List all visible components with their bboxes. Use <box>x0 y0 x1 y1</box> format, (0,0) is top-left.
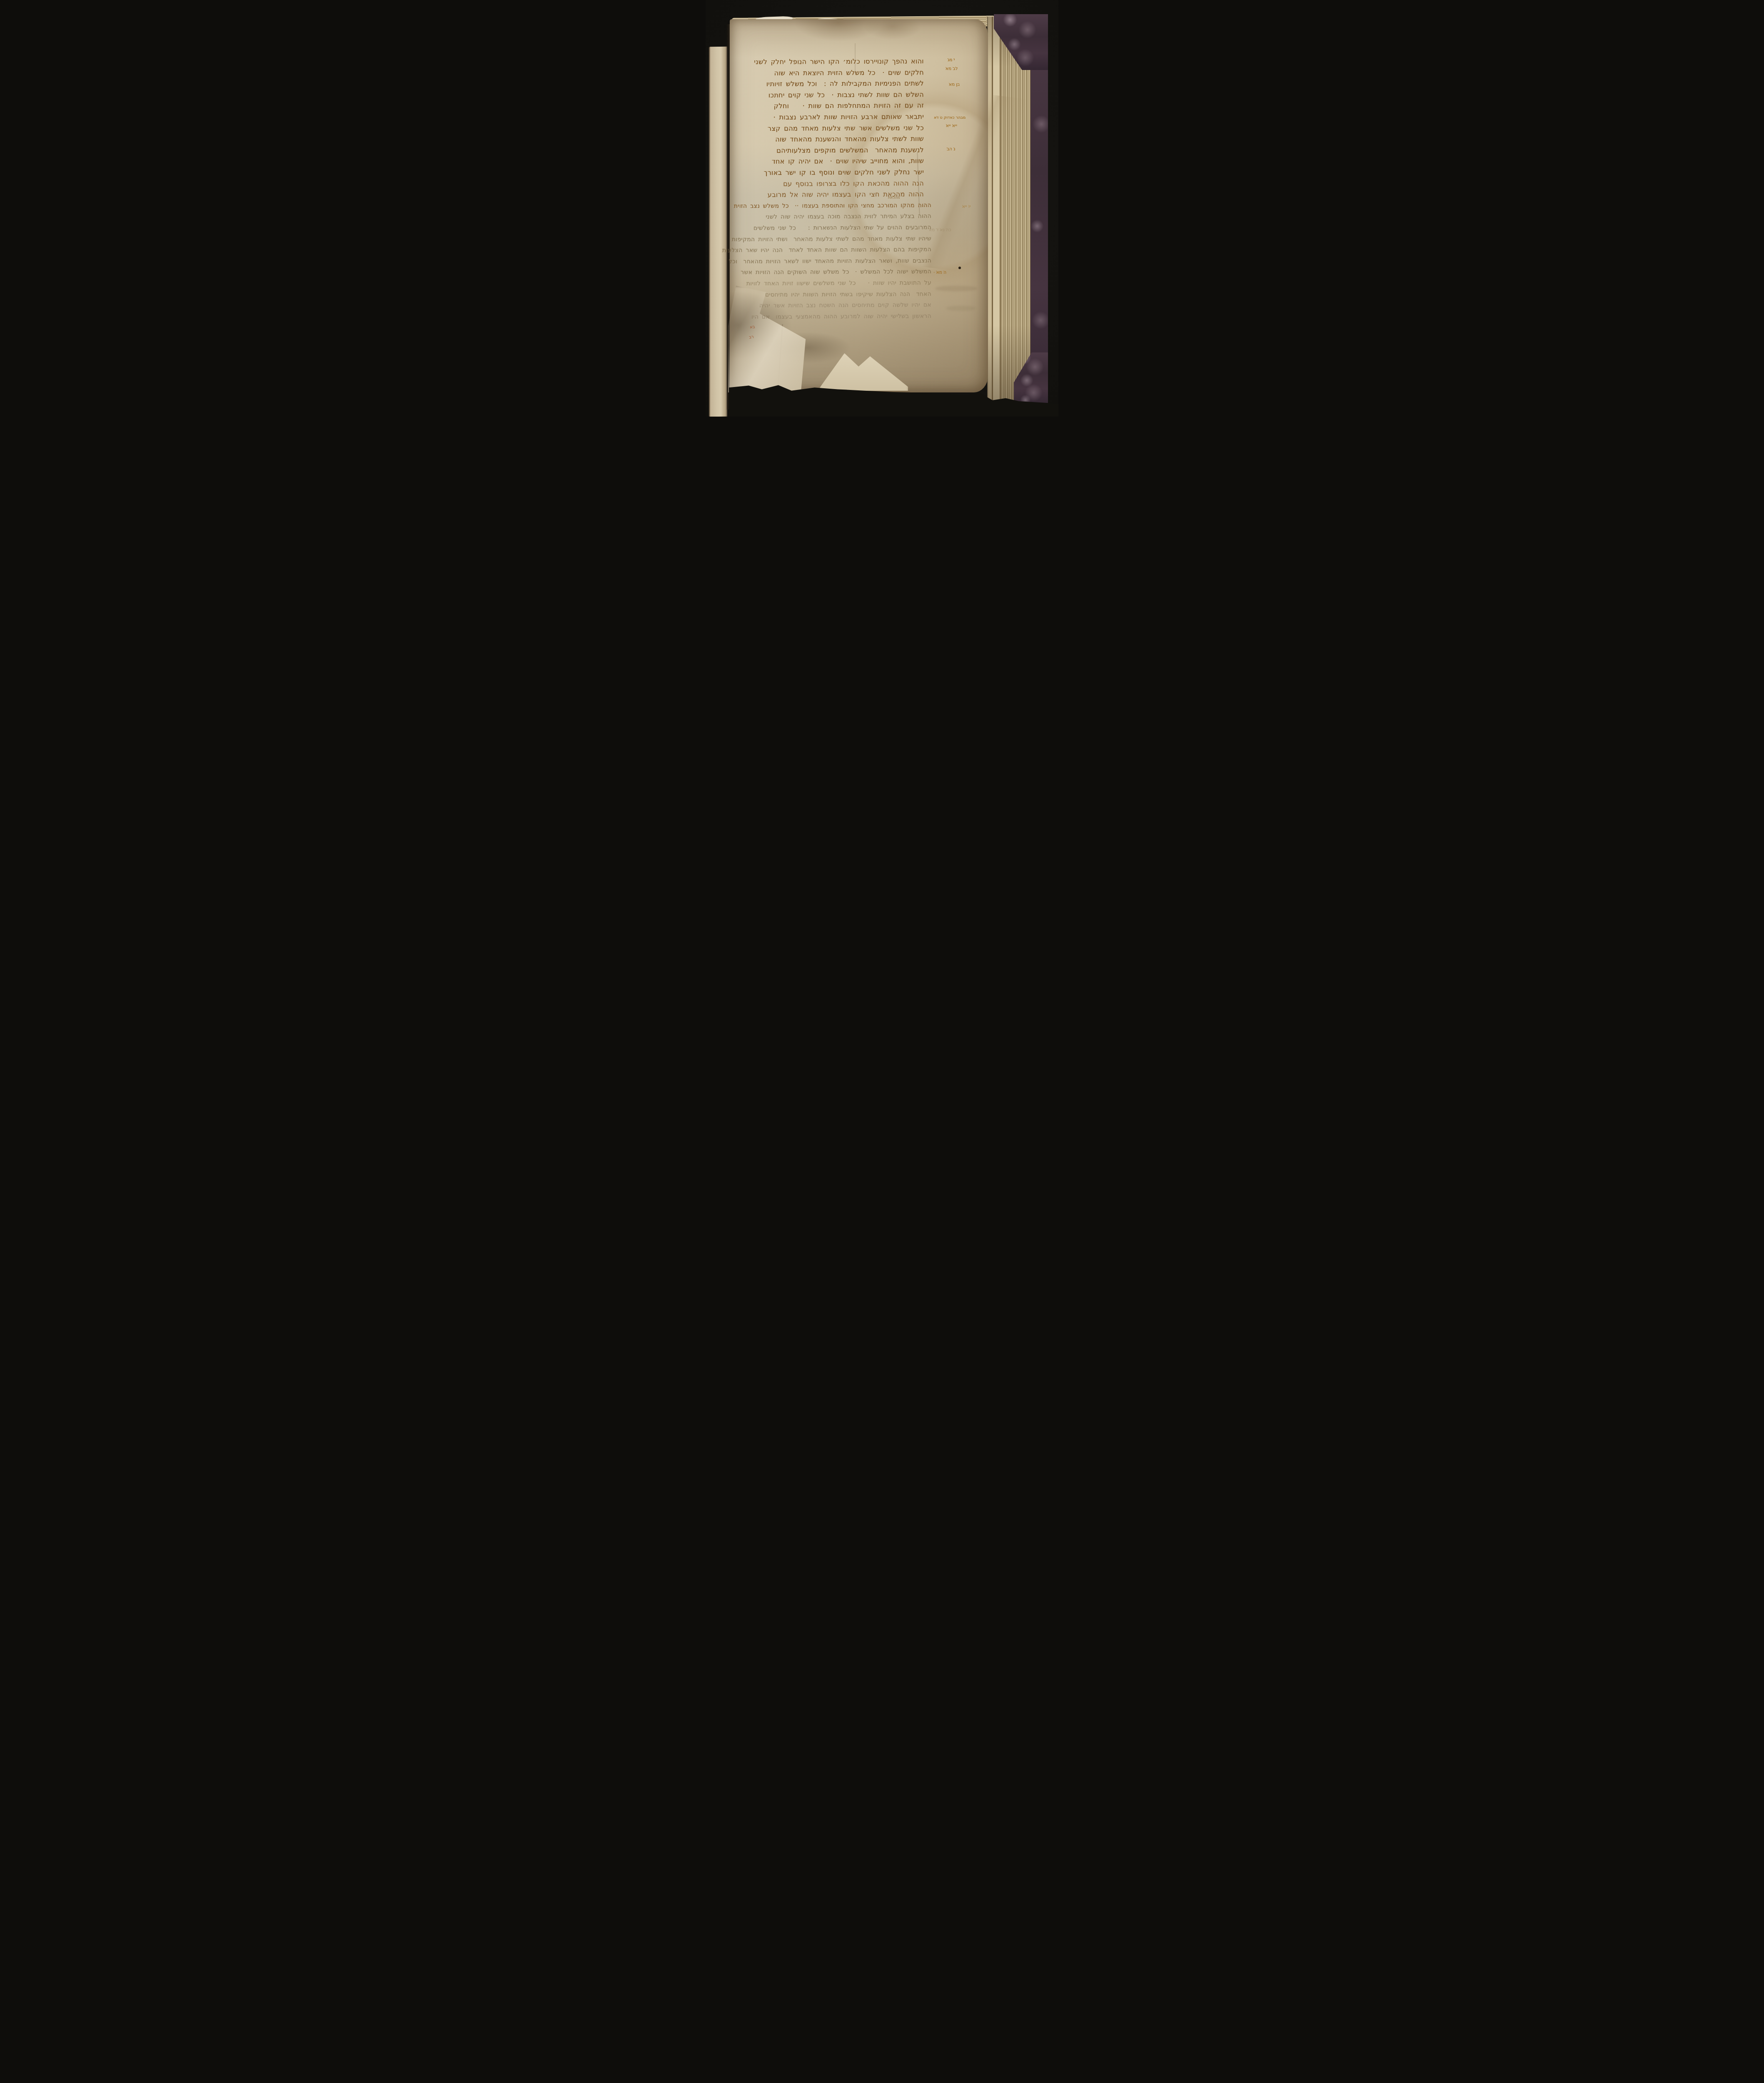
manuscript-line: המקיפות בהם הצלעות השוות הם שוות האחד לא… <box>743 245 931 255</box>
manuscript-line: שיהיו שתי צלעות מאחד מהם לשתי צלעות מהאח… <box>743 235 931 244</box>
manuscript-line: כל שני משלשים אשר שתי צלעות מאחד מהם קצר <box>751 124 924 133</box>
manuscript-line: ההוה בצלע המיתר לזוית הנצבה מוכה בעצמו י… <box>743 212 931 221</box>
manuscript-line: ההוה מהכאת חצי הקו בעצמו יהיה שוה אל מרו… <box>751 190 924 199</box>
manuscript-line: הראשון בשלישי יהיה שוה למרובע ההוה מהאמצ… <box>743 312 931 321</box>
manuscript-line: יתבאר שאותם ארבע הזויות שוות לארבע נצבות… <box>751 112 924 122</box>
facing-page-edge <box>709 47 727 417</box>
manuscript-line: לשתים הפנימיות המקבילות לה : וכל משלש זו… <box>751 79 924 88</box>
manuscript-line: שוות לשתי צלעות מהאחד והנשענת מהאחד שוה <box>751 135 924 144</box>
manuscript-page: מהכאת והוא נהפך קונויירסו כלומ׳ הקו הישר… <box>730 19 988 392</box>
margin-note: יֹ מגֹ <box>948 57 955 62</box>
margin-note: יוֹ ייאֹ <box>962 204 971 209</box>
manuscript-line: הנה ההוה מהכאת הקו כלו בצרופו בנוסף עם <box>751 179 924 188</box>
manuscript-line: על התושבת יהיו שוות · כל שני משלשים שישו… <box>743 279 931 288</box>
manuscript-line: חלקים שוים · כל משלש הזוית היוצאת היא שו… <box>751 68 924 77</box>
patch-fragment-text: בא <box>749 325 755 330</box>
manuscript-line: ההוה מהקו המורכב מחצי הקו והתוספת בעצמו … <box>743 201 931 210</box>
manuscript-line: והוא נהפך קונויירסו כלומ׳ הקו הישר הנופל… <box>751 57 924 66</box>
margin-note: הֹ מאֹ · <box>933 270 946 275</box>
manuscript-line: הנצבים שוות, ושאר הצלעות הזויות מהאחד יש… <box>743 257 931 266</box>
margin-note: מבהר כאדוק טֹ דֹא <box>934 115 966 120</box>
margin-note: כהֹ נאֹ דֹ מאֹ <box>929 227 951 232</box>
manuscript-line: האחד הנה הצלעות שיקיפו בשתי הזויות השוות… <box>743 290 931 299</box>
margin-note: נֹ הבֹ <box>947 147 955 152</box>
manuscript-line: שוות, והוא מחוייב שיהיו שוים · אם יהיה ק… <box>751 157 924 166</box>
margin-note: לבֹ מאֹ <box>946 66 958 71</box>
patch-fragment-text: רב <box>749 335 754 340</box>
manuscript-line: המרובעים ההוים על שתי הצלעות הנשארות : כ… <box>743 223 931 232</box>
marbled-cover-edge <box>1030 14 1048 407</box>
manuscript-line: ישר נחלק לשני חלקים שוים ונוסף בו קו ישר… <box>751 168 924 177</box>
text-block: מהכאת והוא נהפך קונויירסו כלומ׳ הקו הישר… <box>730 19 988 392</box>
manuscript-line: המשלש ישוה לכל המשלש · כל משלש שוה השוקי… <box>743 267 931 277</box>
manuscript-line: אם יהיו שלשה קוים מתיחסים הנה השטח נצב ה… <box>743 301 931 310</box>
margin-note: ייאֹ ייאֹ <box>946 123 957 128</box>
manuscript-line: זה עם זה הזויות המתחלפות הם שוות · וחלק <box>751 101 924 110</box>
margin-note: בן מאֹ <box>949 82 960 87</box>
manuscript-line: השלש הם שוות לשתי נצבות · כל שני קוים יח… <box>751 90 924 100</box>
manuscript-photo: מהכאת והוא נהפך קונויירסו כלומ׳ הקו הישר… <box>706 0 1058 417</box>
manuscript-line: לנשענת מהאחר המשלשים מוקפים מצלעותיהם <box>751 146 924 155</box>
